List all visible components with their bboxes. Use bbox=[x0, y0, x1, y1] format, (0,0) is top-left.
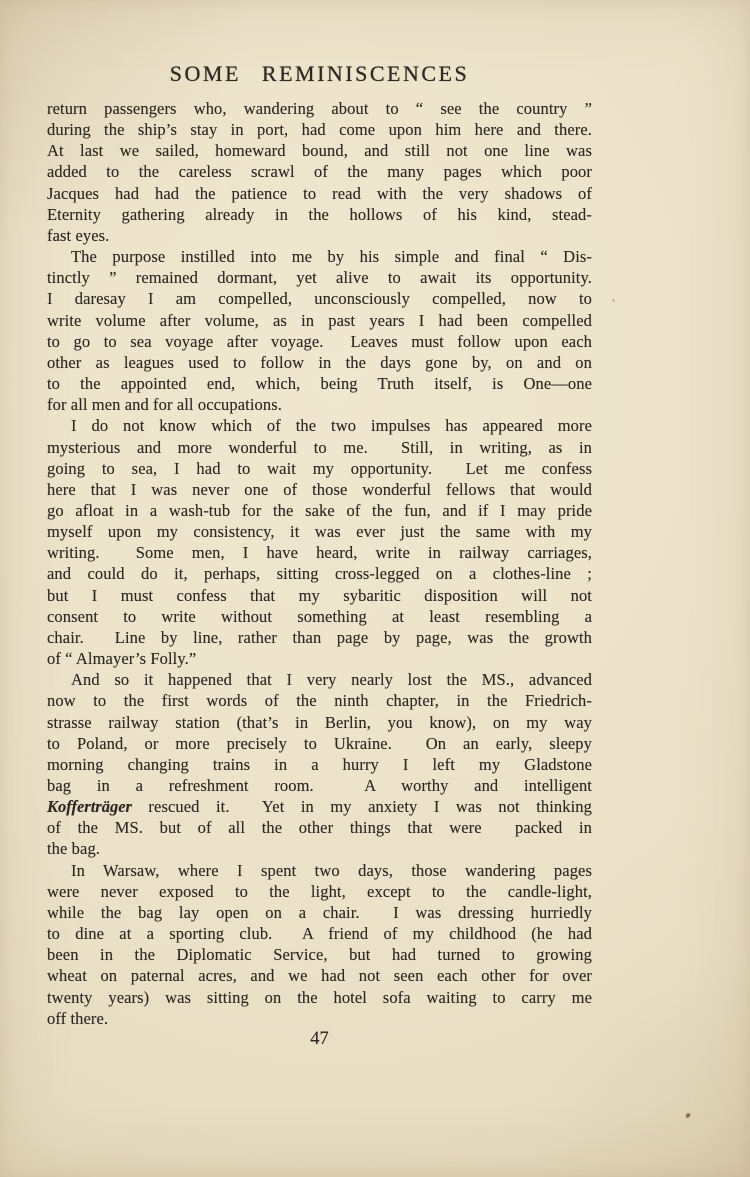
text-line: wheat on paternal acres, and we had not … bbox=[47, 965, 592, 986]
text-line: consent to write without something at le… bbox=[47, 606, 592, 627]
text-line: The purpose instilled into me by his sim… bbox=[47, 246, 592, 267]
text-line: added to the careless scrawl of the many… bbox=[47, 161, 592, 182]
text-line: were never exposed to the light, except … bbox=[47, 881, 592, 902]
text-line: now to the first words of the ninth chap… bbox=[47, 690, 592, 711]
text-line: At last we sailed, homeward bound, and s… bbox=[47, 140, 592, 161]
text-line: fast eyes. bbox=[47, 225, 592, 246]
text-line: tinctly ” remained dormant, yet alive to… bbox=[47, 267, 592, 288]
text-line: In Warsaw, where I spent two days, those… bbox=[47, 860, 592, 881]
text-line: And so it happened that I very nearly lo… bbox=[47, 669, 592, 690]
text-line: of the MS. but of all the other things t… bbox=[47, 817, 592, 838]
text-line: Jacques had had the patience to read wit… bbox=[47, 183, 592, 204]
book-page: SOME REMINISCENCES return passengers who… bbox=[0, 0, 750, 1177]
text-line: morning changing trains in a hurry I lef… bbox=[47, 754, 592, 775]
text-line: during the ship’s stay in port, had come… bbox=[47, 119, 592, 140]
text-line: to dine at a sporting club. A friend of … bbox=[47, 923, 592, 944]
text-line: and could do it, perhaps, sitting cross-… bbox=[47, 563, 592, 584]
text-line: I daresay I am compelled, unconsciously … bbox=[47, 288, 592, 309]
text-line: going to sea, I had to wait my opportuni… bbox=[47, 458, 592, 479]
text-block: return passengers who, wandering about t… bbox=[47, 98, 592, 1029]
text-line: for all men and for all occupations. bbox=[47, 394, 592, 415]
text-line: twenty years) was sitting on the hotel s… bbox=[47, 987, 592, 1008]
text-line: chair. Line by line, rather than page by… bbox=[47, 627, 592, 648]
text-line: but I must confess that my sybaritic dis… bbox=[47, 585, 592, 606]
paragraph: In Warsaw, where I spent two days, those… bbox=[47, 860, 592, 1029]
paper-speck-faint bbox=[612, 299, 615, 302]
text-line: off there. bbox=[47, 1008, 592, 1029]
text-line: Eternity gathering already in the hollow… bbox=[47, 204, 592, 225]
text-line: mysterious and more wonderful to me. Sti… bbox=[47, 437, 592, 458]
text-line: the bag. bbox=[47, 838, 592, 859]
text-line: been in the Diplomatic Service, but had … bbox=[47, 944, 592, 965]
text-line: writing. Some men, I have heard, write i… bbox=[47, 542, 592, 563]
text-line: to the appointed end, which, being Truth… bbox=[47, 373, 592, 394]
text-line: write volume after volume, as in past ye… bbox=[47, 310, 592, 331]
paragraph: The purpose instilled into me by his sim… bbox=[47, 246, 592, 415]
text-line: here that I was never one of those wonde… bbox=[47, 479, 592, 500]
paragraph: And so it happened that I very nearly lo… bbox=[47, 669, 592, 859]
text-line: of “ Almayer’s Folly.” bbox=[47, 648, 592, 669]
text-line: I do not know which of the two impulses … bbox=[47, 415, 592, 436]
text-line: go afloat in a wash-tub for the sake of … bbox=[47, 500, 592, 521]
text-line: return passengers who, wandering about t… bbox=[47, 98, 592, 119]
italic-word: Kofferträger bbox=[47, 797, 132, 816]
text-line: myself upon my consistency, it was ever … bbox=[47, 521, 592, 542]
paragraph: return passengers who, wandering about t… bbox=[47, 98, 592, 246]
text-line: to Poland, or more precisely to Ukraine.… bbox=[47, 733, 592, 754]
text-line: Kofferträger rescued it. Yet in my anxie… bbox=[47, 796, 592, 817]
paper-speck bbox=[685, 1112, 691, 1118]
page-number: 47 bbox=[47, 1029, 592, 1050]
running-head-title: SOME REMINISCENCES bbox=[47, 63, 592, 85]
text-line: while the bag lay open on a chair. I was… bbox=[47, 902, 592, 923]
paragraph: I do not know which of the two impulses … bbox=[47, 415, 592, 669]
text-line: other as leagues used to follow in the d… bbox=[47, 352, 592, 373]
text-line: to go to sea voyage after voyage. Leaves… bbox=[47, 331, 592, 352]
text-line: strasse railway station (that’s in Berli… bbox=[47, 712, 592, 733]
text-line: bag in a refreshment room. A worthy and … bbox=[47, 775, 592, 796]
